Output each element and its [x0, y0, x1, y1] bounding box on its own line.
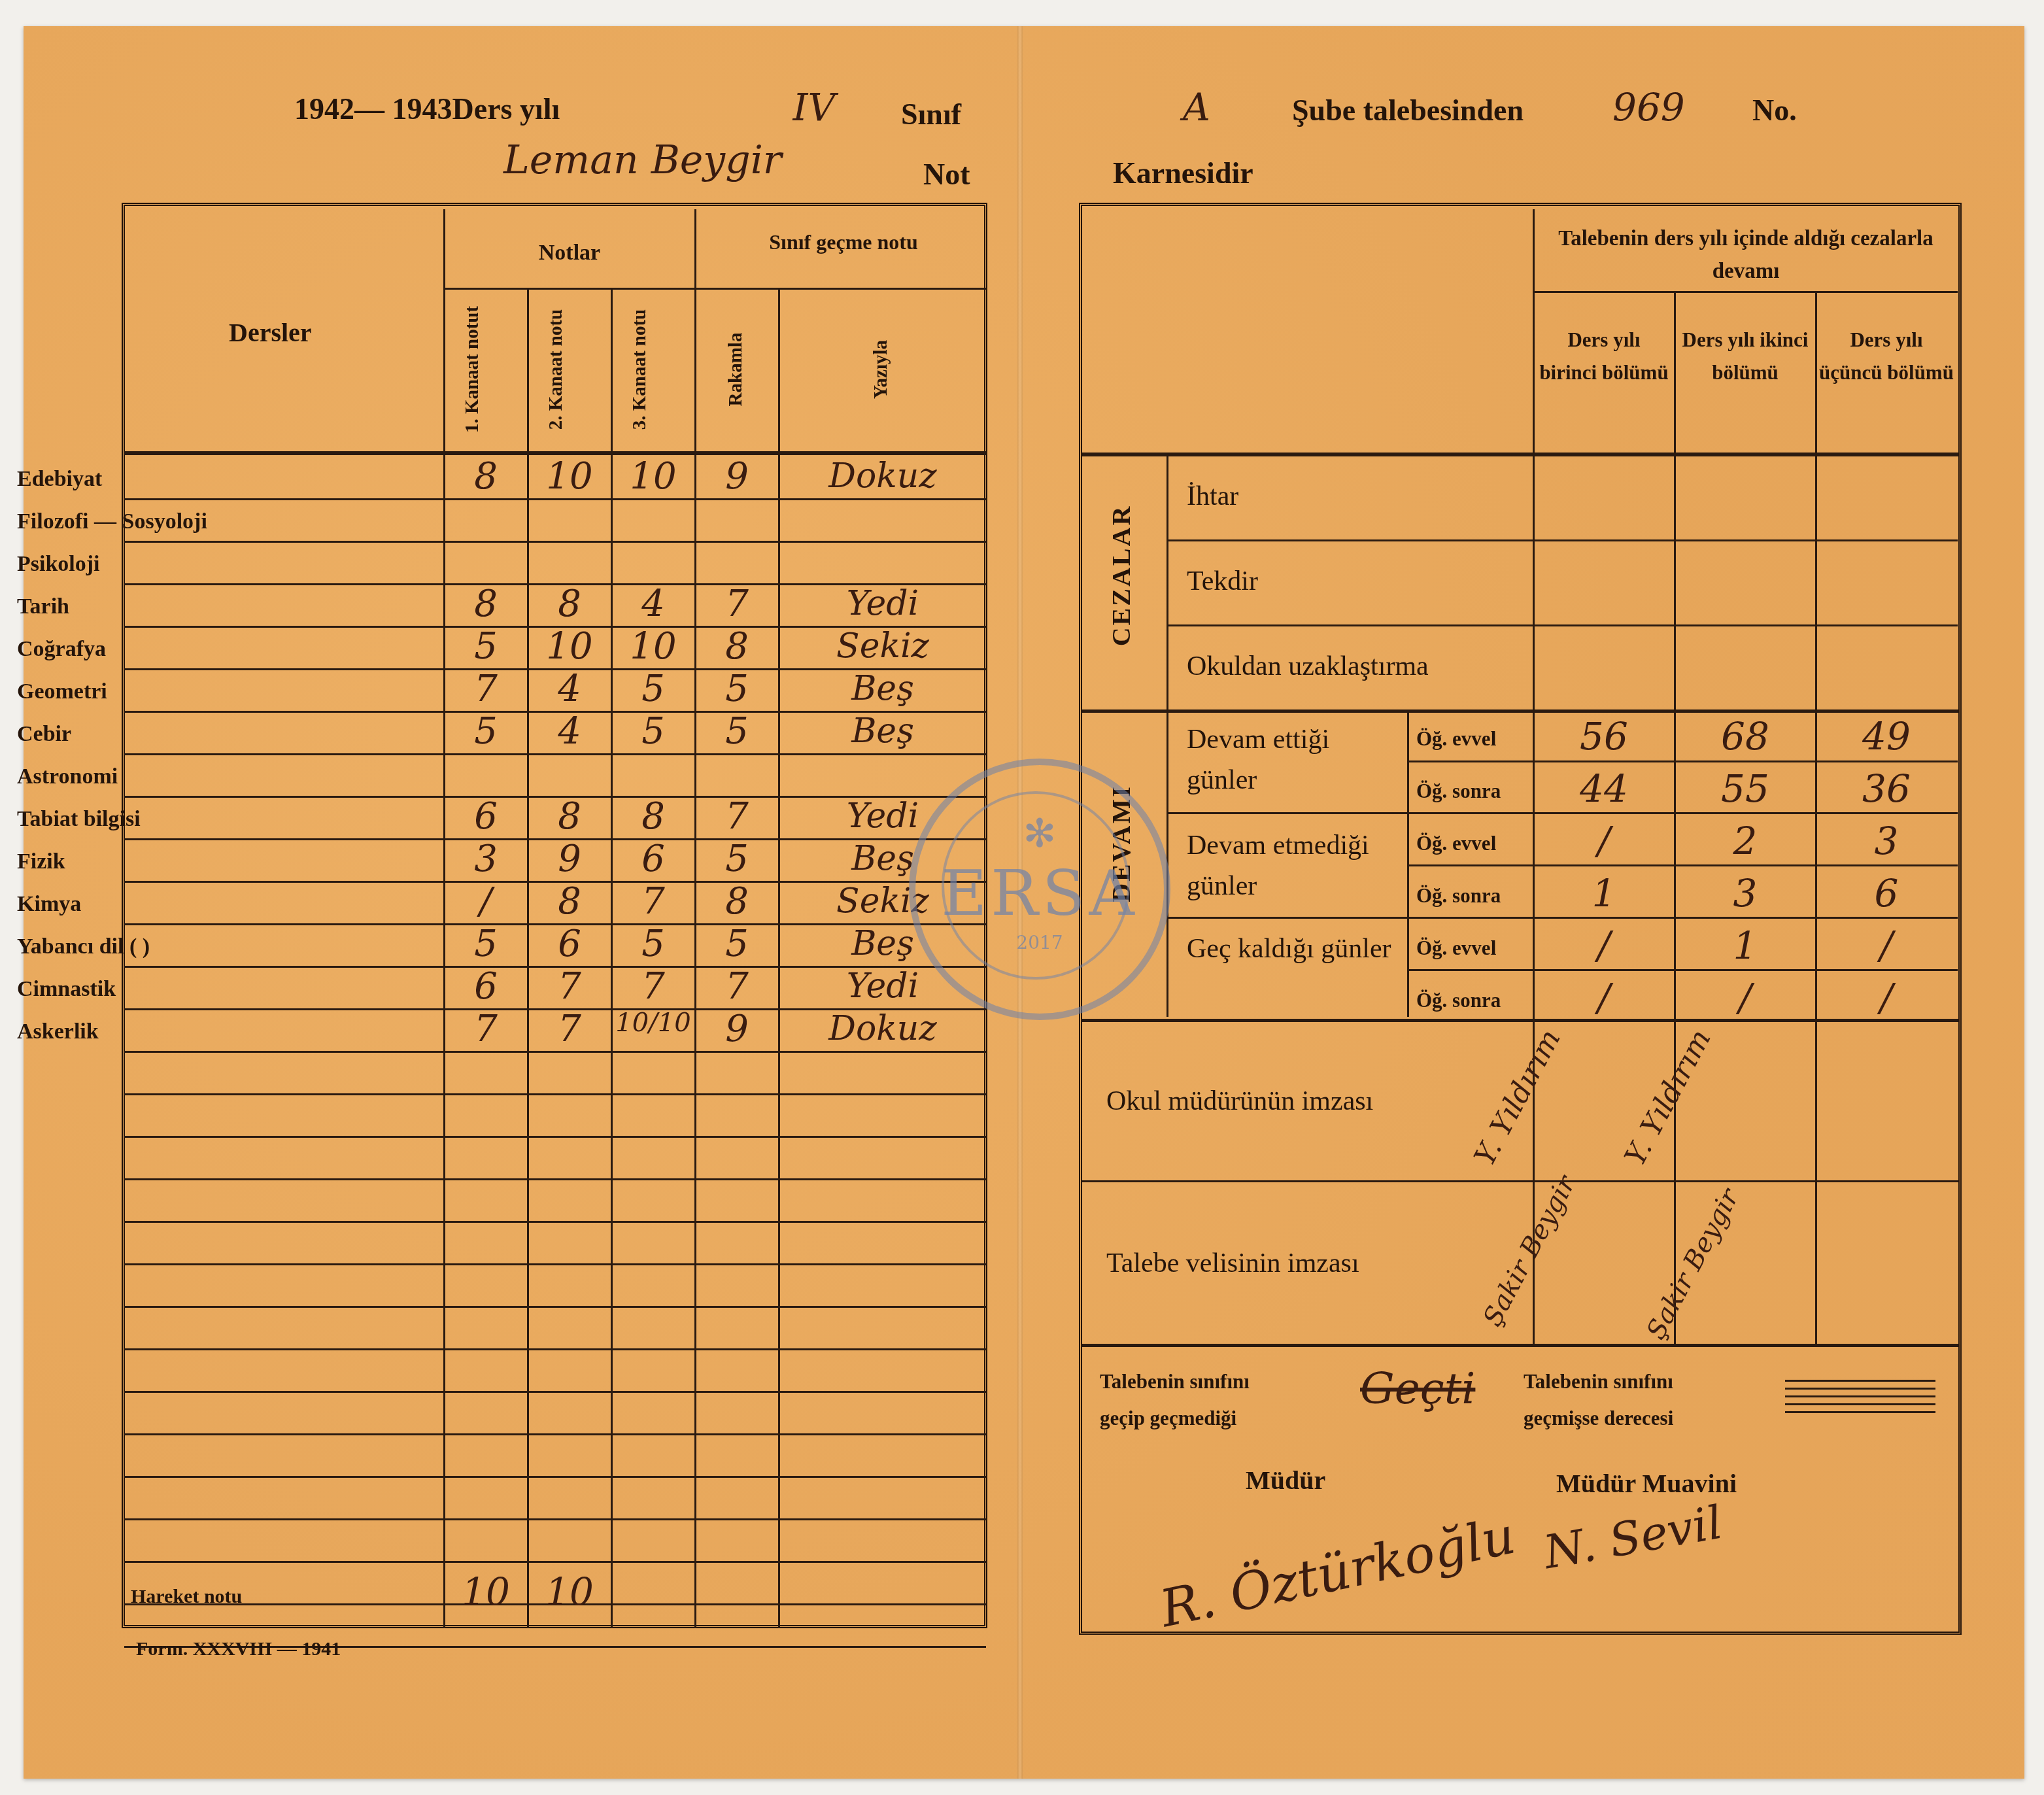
stamp-year: 2017 — [915, 932, 1164, 953]
snowflake-icon: ✻ — [915, 811, 1164, 857]
grade-k3: 5 — [612, 668, 694, 710]
col-header-k1: 1. Kanaat notut — [461, 294, 483, 445]
ders-yili-label: Ders yılı — [452, 92, 560, 126]
grade-yaziyla: Dokuz — [785, 1009, 981, 1048]
student-number: 969 — [1612, 85, 1685, 129]
attendance-value: 3 — [1819, 819, 1954, 863]
col-header-yaziyla: Yazıyla — [870, 294, 892, 445]
grade-k1: 7 — [445, 668, 527, 710]
attendance-value: 1 — [1678, 923, 1813, 968]
attendance-value: / — [1537, 819, 1671, 863]
row-divider — [124, 1348, 986, 1350]
period-2: Ders yılı ikinci bölümü — [1678, 324, 1813, 389]
subject-label: Edebiyat — [17, 467, 102, 492]
divider — [1167, 624, 1958, 626]
og-sublabel: Öğ. sonra — [1416, 779, 1501, 803]
subject-label: Coğrafya — [17, 637, 106, 662]
grade-k1: 7 — [445, 1008, 527, 1050]
divider — [1082, 1180, 1958, 1182]
attendance-value: / — [1678, 976, 1813, 1020]
divider — [1407, 864, 1958, 866]
archive-stamp: ✻ ERSA 2017 — [909, 759, 1170, 1020]
subject-label: Fizik — [17, 849, 65, 874]
row-divider — [124, 1093, 986, 1095]
year-end: 1943 — [392, 92, 452, 126]
row-divider — [124, 1518, 986, 1520]
form-label: Form. XXXVIII — 1941 — [136, 1638, 341, 1660]
grade-yaziyla: Dokuz — [785, 456, 981, 496]
grade-k2: 7 — [528, 1008, 611, 1050]
not-label: Not — [923, 157, 970, 192]
attendance-value: 2 — [1678, 819, 1813, 863]
divider — [1167, 539, 1958, 541]
og-sublabel: Öğ. evvel — [1416, 832, 1496, 855]
divider — [1533, 209, 1535, 1347]
col-header-k3: 3. Kanaat notu — [628, 294, 651, 445]
subject-label: Geometri — [17, 679, 107, 704]
divider — [1167, 454, 1168, 1017]
subject-label: Yabancı dil ( ) — [17, 934, 150, 959]
year-start: 1942 — [294, 92, 354, 126]
gecip-value: Geçti — [1360, 1363, 1475, 1414]
hareket-notu-k2: 10 — [528, 1569, 611, 1614]
grade-k1: / — [445, 880, 527, 923]
grade-yaziyla: Sekiz — [785, 626, 981, 666]
stamp-text: ERSA — [915, 857, 1164, 930]
branch-value: A — [1125, 85, 1269, 129]
divider — [1674, 291, 1676, 1347]
row-divider — [124, 1391, 986, 1393]
grade-k1: 5 — [445, 625, 527, 668]
derece-label: Talebenin sınıfını geçmişse derecesi — [1524, 1363, 1673, 1437]
gecip-label: Talebenin sınıfını geçip geçmediği — [1100, 1363, 1250, 1437]
derece-lines — [1785, 1380, 1935, 1419]
attendance-value: 55 — [1678, 766, 1813, 811]
row-divider — [124, 1561, 986, 1563]
ihtar-label: İhtar — [1187, 481, 1238, 512]
grade-yaziyla: Beş — [785, 669, 981, 708]
subject-label: Kimya — [17, 892, 81, 917]
divider — [1815, 291, 1817, 1347]
divider — [1167, 812, 1958, 814]
gecip-label-2: geçip geçmediği — [1100, 1400, 1250, 1437]
subject-label: Astronomi — [17, 764, 118, 789]
notlar-header: Notlar — [445, 241, 694, 265]
derece-label-1: Talebenin sınıfını — [1524, 1363, 1673, 1400]
row-divider — [124, 1476, 986, 1478]
attendance-value: / — [1537, 976, 1671, 1020]
grade-rakamla: 5 — [696, 923, 778, 965]
attendance-value: 68 — [1678, 714, 1813, 759]
grade-k3: 10/10 — [612, 1008, 694, 1038]
grade-k2: 9 — [528, 838, 611, 880]
grade-k2: 4 — [528, 668, 611, 710]
attendance-value: / — [1819, 976, 1954, 1020]
divider — [1167, 917, 1958, 919]
tekdir-label: Tekdir — [1187, 566, 1258, 597]
row-divider — [124, 1178, 986, 1180]
grade-k3: 10 — [612, 455, 694, 498]
school-year: 1942— 1943Ders yılı — [294, 92, 560, 126]
branch-label: Şube talebesinden — [1292, 93, 1524, 128]
grade-k1: 8 — [445, 455, 527, 498]
row-divider — [124, 541, 986, 543]
subject-label: Psikoloji — [17, 552, 100, 577]
og-sublabel: Öğ. evvel — [1416, 727, 1496, 751]
grade-k3: 5 — [612, 710, 694, 753]
devam-ettigi-label: Devam ettiği günler — [1187, 719, 1396, 800]
subject-label: Cimnastik — [17, 977, 116, 1002]
grade-k2: 8 — [528, 880, 611, 923]
grade-k3: 7 — [612, 965, 694, 1008]
row-divider — [124, 1051, 986, 1053]
row-divider — [124, 1306, 986, 1308]
row-divider — [124, 1263, 986, 1265]
grade-yaziyla: Yedi — [785, 584, 981, 623]
divider — [1533, 291, 1958, 293]
grade-k1: 8 — [445, 583, 527, 625]
grade-k2: 6 — [528, 923, 611, 965]
hareket-notu-label: Hareket notu — [131, 1586, 242, 1608]
grade-rakamla: 9 — [696, 1008, 778, 1050]
grade-rakamla: 8 — [696, 625, 778, 668]
subject-label: Askerlik — [17, 1019, 99, 1044]
attendance-value: 36 — [1819, 766, 1954, 811]
grade-k3: 8 — [612, 795, 694, 838]
og-sublabel: Öğ. sonra — [1416, 989, 1501, 1012]
row-divider — [124, 1433, 986, 1435]
dersler-header: Dersler — [229, 317, 312, 348]
og-sublabel: Öğ. sonra — [1416, 884, 1501, 908]
grade-k2: 8 — [528, 795, 611, 838]
grade-k1: 5 — [445, 710, 527, 753]
attendance-value: 1 — [1537, 871, 1671, 915]
grade-k2: 10 — [528, 625, 611, 668]
attendance-value: / — [1819, 923, 1954, 968]
grade-k2: 8 — [528, 583, 611, 625]
devam-etmedigi-label: Devam etmediği günler — [1187, 825, 1396, 906]
sinif-gecme-header: Sınıf geçme notu — [719, 226, 968, 258]
row-divider — [124, 753, 986, 755]
attendance-value: 49 — [1819, 714, 1954, 759]
divider — [1082, 453, 1958, 456]
grade-k1: 6 — [445, 795, 527, 838]
grade-rakamla: 5 — [696, 838, 778, 880]
attendance-header: Talebenin ders yılı içinde aldığı cezala… — [1550, 222, 1942, 288]
grade-rakamla: 7 — [696, 795, 778, 838]
grade-k3: 4 — [612, 583, 694, 625]
col-header-k2: 2. Kanaat notu — [545, 294, 567, 445]
grade-k2: 10 — [528, 455, 611, 498]
row-divider — [124, 1136, 986, 1138]
karnesidir-label: Karnesidir — [1113, 156, 1253, 190]
attendance-value: 56 — [1537, 714, 1671, 759]
divider — [778, 288, 780, 1628]
mudur-imza-label: Okul müdürünün imzası — [1106, 1086, 1373, 1117]
divider — [1082, 1344, 1958, 1347]
grade-k1: 6 — [445, 965, 527, 1008]
attendance-value: 3 — [1678, 871, 1813, 915]
grade-k2: 7 — [528, 965, 611, 1008]
no-label: No. — [1752, 93, 1797, 128]
og-sublabel: Öğ. evvel — [1416, 936, 1496, 960]
grade-rakamla: 8 — [696, 880, 778, 923]
divider — [1407, 761, 1958, 762]
veli-imza-label: Talebe velisinin imzası — [1106, 1248, 1359, 1279]
grade-k3: 5 — [612, 923, 694, 965]
subject-label: Cebir — [17, 722, 71, 747]
uzaklastirma-label: Okuldan uzaklaştırma — [1187, 651, 1429, 682]
grade-k1: 3 — [445, 838, 527, 880]
grade-rakamla: 7 — [696, 583, 778, 625]
divider — [1082, 709, 1958, 713]
derece-label-2: geçmişse derecesi — [1524, 1400, 1673, 1437]
grade-rakamla: 7 — [696, 965, 778, 1008]
period-1: Ders yılı birinci bölümü — [1537, 324, 1671, 389]
mudur-label: Müdür — [1246, 1465, 1325, 1496]
subject-label: Filozofi — Sosyoloji — [17, 509, 207, 534]
grade-k3: 6 — [612, 838, 694, 880]
grade-rakamla: 9 — [696, 455, 778, 498]
student-name: Leman Beygir — [503, 137, 782, 183]
subject-label: Tarih — [17, 594, 69, 619]
grade-k3: 10 — [612, 625, 694, 668]
row-divider — [124, 1221, 986, 1223]
divider — [443, 288, 986, 290]
grade-rakamla: 5 — [696, 710, 778, 753]
divider — [1407, 969, 1958, 971]
muavin-label: Müdür Muavini — [1556, 1468, 1737, 1499]
grade-k2: 4 — [528, 710, 611, 753]
attendance-value: / — [1537, 923, 1671, 968]
cezalar-label: CEZALAR — [1110, 490, 1133, 660]
period-3: Ders yılı üçüncü bölümü — [1819, 324, 1954, 389]
attendance-value: 6 — [1819, 871, 1954, 915]
attendance-value: 44 — [1537, 766, 1671, 811]
grade-k1: 5 — [445, 923, 527, 965]
col-header-rakamla: Rakamla — [724, 294, 747, 445]
subject-label: Tabiat bilgisi — [17, 807, 141, 832]
hareket-notu-k1: 10 — [445, 1569, 527, 1614]
grade-yaziyla: Beş — [785, 711, 981, 751]
class-value: IV — [739, 85, 889, 129]
class-label: Sınıf — [901, 97, 961, 131]
row-divider — [124, 498, 986, 500]
grade-rakamla: 5 — [696, 668, 778, 710]
gec-kaldigi-label: Geç kaldığı günler — [1187, 929, 1396, 969]
gecip-label-1: Talebenin sınıfını — [1100, 1363, 1250, 1400]
grade-k3: 7 — [612, 880, 694, 923]
